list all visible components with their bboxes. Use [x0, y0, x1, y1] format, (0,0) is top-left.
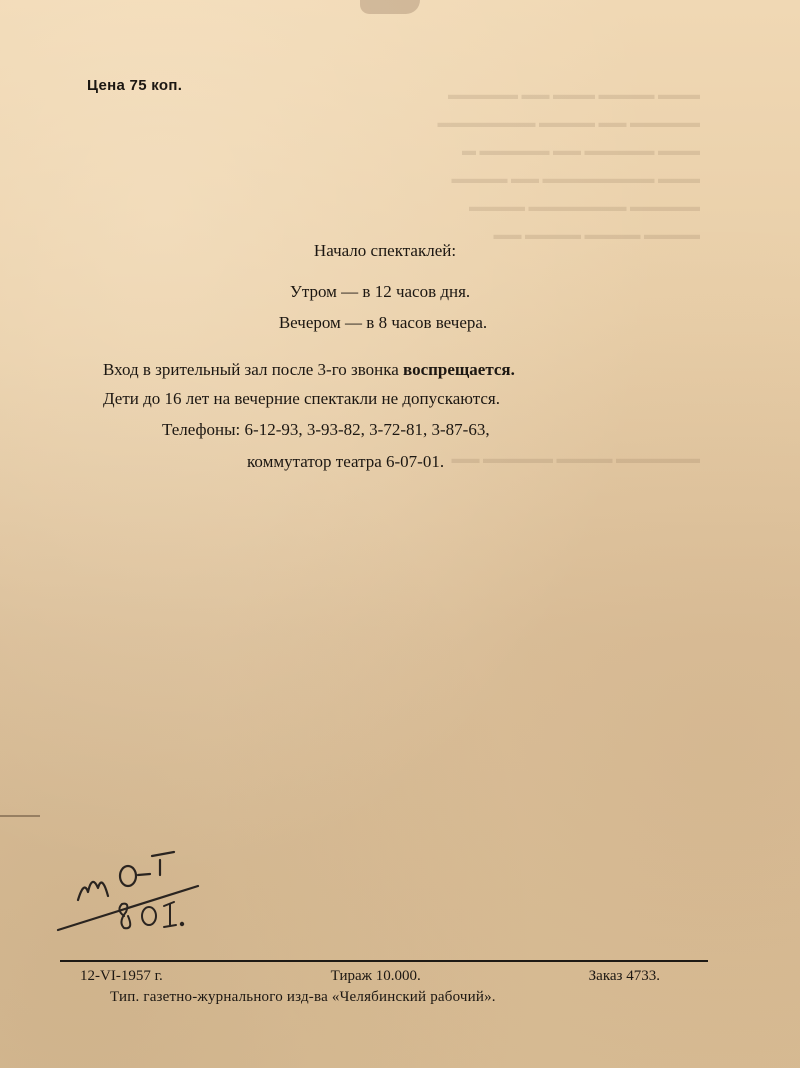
evening-show-time: Вечером — в 8 часов вечера.: [0, 313, 766, 333]
entry-rule-emphasis: воспрещается.: [403, 360, 515, 379]
paper-edge-tear: [0, 815, 40, 817]
printer-credit: Тип. газетно-журнального изд-ва «Челябин…: [110, 989, 496, 1006]
children-rule: Дети до 16 лет на вечерние спектакли не …: [103, 389, 673, 409]
handwritten-catalog-note: [50, 830, 230, 940]
entry-rule: Вход в зрительный зал после 3-го звонка …: [103, 360, 673, 380]
imprint-details: 12-VI-1957 г. Тираж 10.000. Заказ 4733.: [80, 968, 660, 985]
phone-numbers: Телефоны: 6-12-93, 3-93-82, 3-72-81, 3-8…: [162, 420, 490, 440]
entry-rule-text: Вход в зрительный зал после 3-го звонка: [103, 360, 403, 379]
order-number: Заказ 4733.: [589, 968, 660, 985]
bleed-through-text: ▬▬▬ ▬▬▬▬ ▬▬▬ ▬▬ ▬▬▬▬▬▬▬▬▬▬ ▬▬ ▬▬▬▬ ▬▬▬▬▬…: [250, 82, 700, 542]
ticket-price: Цена 75 коп.: [87, 77, 182, 94]
paper-fold-mark: [360, 0, 420, 14]
switchboard-number: коммутатор театра 6-07-01.: [247, 452, 444, 472]
morning-show-time: Утром — в 12 часов дня.: [0, 282, 760, 302]
schedule-title: Начало спектаклей:: [0, 241, 770, 261]
print-date: 12-VI-1957 г.: [80, 968, 163, 985]
footer-divider: [60, 960, 708, 962]
print-run: Тираж 10.000.: [331, 968, 421, 985]
